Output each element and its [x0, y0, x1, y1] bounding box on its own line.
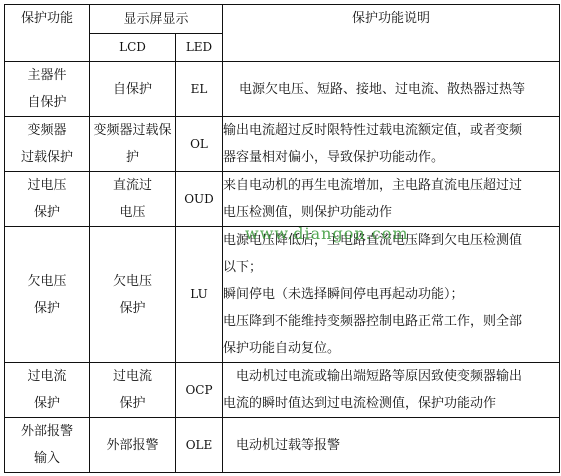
- lcd-cell: 欠电压保护: [90, 227, 176, 363]
- table-row: 变频器过载保护 变频器过载保护 OL 输出电流超过反时限特性过载电流额定值，或者…: [5, 117, 560, 172]
- function-cell: 变频器过载保护: [5, 117, 90, 172]
- function-cell: 过电压保护: [5, 172, 90, 227]
- table-row: 过电压保护 直流过电压 OUD 来自电动机的再生电流增加，主电路直流电压超过过电…: [5, 172, 560, 227]
- function-cell: 外部报警输入: [5, 418, 90, 473]
- led-cell: OUD: [176, 172, 223, 227]
- led-cell: OL: [176, 117, 223, 172]
- header-led: LED: [176, 34, 223, 62]
- lcd-cell: 直流过电压: [90, 172, 176, 227]
- description-cell: 电动机过载等报警: [223, 418, 560, 473]
- description-cell: 来自电动机的再生电流增加，主电路直流电压超过过电压检测值，则保护功能动作: [223, 172, 560, 227]
- function-cell: 过电流保护: [5, 363, 90, 418]
- description-cell: 电动机过电流或输出端短路等原因致使变频器输出电流的瞬时值达到过电流检测值，保护功…: [223, 363, 560, 418]
- led-cell: OLE: [176, 418, 223, 473]
- lcd-cell: 过电流保护: [90, 363, 176, 418]
- description-cell: 电源电压降低后，主电路直流电压降到欠电压检测值以下；瞬间停电（未选择瞬间停电再起…: [223, 227, 560, 363]
- function-cell: 主器件自保护: [5, 62, 90, 117]
- description-cell: 电源欠电压、短路、接地、过电流、散热器过热等: [223, 62, 560, 117]
- header-lcd: LCD: [90, 34, 176, 62]
- header-function: 保护功能: [5, 5, 90, 62]
- lcd-cell: 自保护: [90, 62, 176, 117]
- lcd-cell: 变频器过载保护: [90, 117, 176, 172]
- table-row: 欠电压保护 欠电压保护 LU 电源电压降低后，主电路直流电压降到欠电压检测值以下…: [5, 227, 560, 363]
- header-description: 保护功能说明: [223, 5, 560, 62]
- table-row: 外部报警输入 外部报警 OLE 电动机过载等报警: [5, 418, 560, 473]
- function-cell: 欠电压保护: [5, 227, 90, 363]
- table-row: 过电流保护 过电流保护 OCP 电动机过电流或输出端短路等原因致使变频器输出电流…: [5, 363, 560, 418]
- led-cell: EL: [176, 62, 223, 117]
- header-display: 显示屏显示: [90, 5, 223, 34]
- led-cell: LU: [176, 227, 223, 363]
- led-cell: OCP: [176, 363, 223, 418]
- table-row: 主器件自保护 自保护 EL 电源欠电压、短路、接地、过电流、散热器过热等: [5, 62, 560, 117]
- watermark: www.diangon.com: [245, 224, 409, 243]
- description-cell: 输出电流超过反时限特性过载电流额定值，或者变频器容量相对偏小，导致保护功能动作。: [223, 117, 560, 172]
- lcd-cell: 外部报警: [90, 418, 176, 473]
